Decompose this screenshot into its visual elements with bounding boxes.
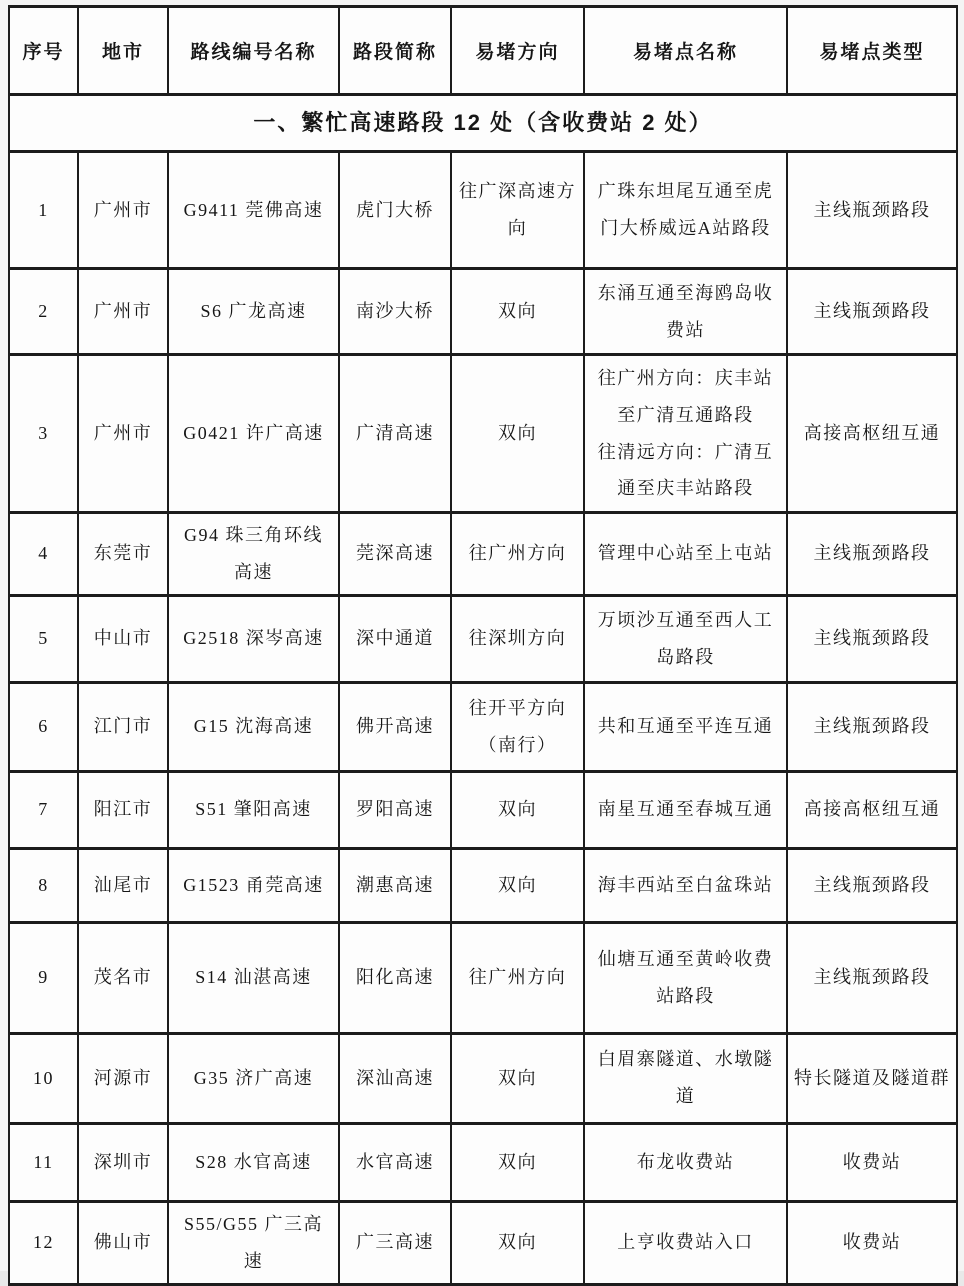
section-name-cell: 南沙大桥 <box>339 269 451 355</box>
direction-cell: 往广深高速方向 <box>451 152 584 269</box>
city-cell: 阳江市 <box>78 771 168 848</box>
table-row: 6 江门市 G15 沈海高速 佛开高速 往开平方向（南行） 共和互通至平连互通 … <box>9 682 957 771</box>
table-row: 2 广州市 S6 广龙高速 南沙大桥 双向 东涌互通至海鸥岛收费站 主线瓶颈路段 <box>9 269 957 355</box>
section-title: 一、繁忙高速路段 12 处（含收费站 2 处） <box>9 95 957 152</box>
direction-cell: 往广州方向 <box>451 922 584 1033</box>
section-name-cell: 广三高速 <box>339 1201 451 1284</box>
congestion-type-cell: 主线瓶颈路段 <box>787 848 957 922</box>
row-number-cell: 8 <box>9 848 78 922</box>
route-cell: G9411 莞佛高速 <box>168 152 339 269</box>
congestion-point-cell: 万顷沙互通至西人工岛路段 <box>584 595 787 682</box>
city-cell: 汕尾市 <box>78 848 168 922</box>
section-name-cell: 罗阳高速 <box>339 771 451 848</box>
col-header-section: 路段简称 <box>339 7 451 95</box>
col-header-point-name: 易堵点名称 <box>584 7 787 95</box>
direction-cell: 往深圳方向 <box>451 595 584 682</box>
city-cell: 佛山市 <box>78 1201 168 1284</box>
table-row: 9 茂名市 S14 汕湛高速 阳化高速 往广州方向 仙塘互通至黄岭收费站路段 主… <box>9 922 957 1033</box>
section-name-cell: 虎门大桥 <box>339 152 451 269</box>
row-number-cell: 9 <box>9 922 78 1033</box>
row-number-cell: 5 <box>9 595 78 682</box>
table-row: 1 广州市 G9411 莞佛高速 虎门大桥 往广深高速方向 广珠东坦尾互通至虎门… <box>9 152 957 269</box>
city-cell: 东莞市 <box>78 513 168 596</box>
document-page: 序号 地市 路线编号名称 路段简称 易堵方向 易堵点名称 易堵点类型 一、繁忙高… <box>0 0 964 1271</box>
congestion-point-cell: 仙塘互通至黄岭收费站路段 <box>584 922 787 1033</box>
section-name-cell: 潮惠高速 <box>339 848 451 922</box>
row-number-cell: 2 <box>9 269 78 355</box>
header-row: 序号 地市 路线编号名称 路段简称 易堵方向 易堵点名称 易堵点类型 <box>9 7 957 95</box>
col-header-number: 序号 <box>9 7 78 95</box>
direction-cell: 往开平方向（南行） <box>451 682 584 771</box>
direction-cell: 双向 <box>451 771 584 848</box>
direction-cell: 双向 <box>451 269 584 355</box>
route-cell: G2518 深岑高速 <box>168 595 339 682</box>
direction-cell: 双向 <box>451 1123 584 1201</box>
route-cell: S51 肇阳高速 <box>168 771 339 848</box>
congestion-point-cell: 共和互通至平连互通 <box>584 682 787 771</box>
direction-cell: 双向 <box>451 355 584 513</box>
direction-cell: 双向 <box>451 1033 584 1123</box>
congestion-point-cell: 南星互通至春城互通 <box>584 771 787 848</box>
route-cell: G1523 甬莞高速 <box>168 848 339 922</box>
row-number-cell: 6 <box>9 682 78 771</box>
col-header-direction: 易堵方向 <box>451 7 584 95</box>
congestion-type-cell: 主线瓶颈路段 <box>787 682 957 771</box>
congestion-point-cell: 往广州方向：庆丰站至广清互通路段 往清远方向：广清互通至庆丰站路段 <box>584 355 787 513</box>
congestion-type-cell: 收费站 <box>787 1123 957 1201</box>
route-cell: S14 汕湛高速 <box>168 922 339 1033</box>
city-cell: 广州市 <box>78 269 168 355</box>
congestion-type-cell: 收费站 <box>787 1201 957 1284</box>
section-name-cell: 广清高速 <box>339 355 451 513</box>
col-header-point-type: 易堵点类型 <box>787 7 957 95</box>
table-row: 5 中山市 G2518 深岑高速 深中通道 往深圳方向 万顷沙互通至西人工岛路段… <box>9 595 957 682</box>
row-number-cell: 11 <box>9 1123 78 1201</box>
col-header-route: 路线编号名称 <box>168 7 339 95</box>
congestion-type-cell: 主线瓶颈路段 <box>787 269 957 355</box>
congestion-type-cell: 特长隧道及隧道群 <box>787 1033 957 1123</box>
row-number-cell: 12 <box>9 1201 78 1284</box>
congestion-type-cell: 高接高枢纽互通 <box>787 355 957 513</box>
table-row: 7 阳江市 S51 肇阳高速 罗阳高速 双向 南星互通至春城互通 高接高枢纽互通 <box>9 771 957 848</box>
city-cell: 中山市 <box>78 595 168 682</box>
route-cell: S6 广龙高速 <box>168 269 339 355</box>
table-row: 12 佛山市 S55/G55 广三高速 广三高速 双向 上亨收费站入口 收费站 <box>9 1201 957 1284</box>
congestion-point-cell: 白眉寨隧道、水墩隧道 <box>584 1033 787 1123</box>
city-cell: 江门市 <box>78 682 168 771</box>
congestion-type-cell: 主线瓶颈路段 <box>787 513 957 596</box>
col-header-city: 地市 <box>78 7 168 95</box>
section-name-cell: 深汕高速 <box>339 1033 451 1123</box>
route-cell: G0421 许广高速 <box>168 355 339 513</box>
congestion-type-cell: 主线瓶颈路段 <box>787 595 957 682</box>
direction-cell: 往广州方向 <box>451 513 584 596</box>
congestion-table: 序号 地市 路线编号名称 路段简称 易堵方向 易堵点名称 易堵点类型 一、繁忙高… <box>8 5 958 1286</box>
row-number-cell: 1 <box>9 152 78 269</box>
row-number-cell: 7 <box>9 771 78 848</box>
row-number-cell: 4 <box>9 513 78 596</box>
section-name-cell: 佛开高速 <box>339 682 451 771</box>
city-cell: 广州市 <box>78 355 168 513</box>
city-cell: 广州市 <box>78 152 168 269</box>
congestion-point-cell: 海丰西站至白盆珠站 <box>584 848 787 922</box>
row-number-cell: 10 <box>9 1033 78 1123</box>
route-cell: S28 水官高速 <box>168 1123 339 1201</box>
table-row: 11 深圳市 S28 水官高速 水官高速 双向 布龙收费站 收费站 <box>9 1123 957 1201</box>
section-name-cell: 阳化高速 <box>339 922 451 1033</box>
city-cell: 河源市 <box>78 1033 168 1123</box>
section-name-cell: 莞深高速 <box>339 513 451 596</box>
direction-cell: 双向 <box>451 1201 584 1284</box>
table-row: 4 东莞市 G94 珠三角环线高速 莞深高速 往广州方向 管理中心站至上屯站 主… <box>9 513 957 596</box>
section-name-cell: 水官高速 <box>339 1123 451 1201</box>
table-row: 8 汕尾市 G1523 甬莞高速 潮惠高速 双向 海丰西站至白盆珠站 主线瓶颈路… <box>9 848 957 922</box>
congestion-type-cell: 高接高枢纽互通 <box>787 771 957 848</box>
congestion-point-cell: 广珠东坦尾互通至虎门大桥威远A站路段 <box>584 152 787 269</box>
city-cell: 深圳市 <box>78 1123 168 1201</box>
route-cell: G35 济广高速 <box>168 1033 339 1123</box>
congestion-point-cell: 上亨收费站入口 <box>584 1201 787 1284</box>
congestion-point-cell: 东涌互通至海鸥岛收费站 <box>584 269 787 355</box>
table-row: 3 广州市 G0421 许广高速 广清高速 双向 往广州方向：庆丰站至广清互通路… <box>9 355 957 513</box>
table-row: 10 河源市 G35 济广高速 深汕高速 双向 白眉寨隧道、水墩隧道 特长隧道及… <box>9 1033 957 1123</box>
congestion-point-cell: 管理中心站至上屯站 <box>584 513 787 596</box>
direction-cell: 双向 <box>451 848 584 922</box>
section-name-cell: 深中通道 <box>339 595 451 682</box>
congestion-type-cell: 主线瓶颈路段 <box>787 152 957 269</box>
route-cell: G15 沈海高速 <box>168 682 339 771</box>
congestion-point-cell: 布龙收费站 <box>584 1123 787 1201</box>
congestion-type-cell: 主线瓶颈路段 <box>787 922 957 1033</box>
row-number-cell: 3 <box>9 355 78 513</box>
table-body: 一、繁忙高速路段 12 处（含收费站 2 处） 1 广州市 G9411 莞佛高速… <box>9 95 957 1285</box>
route-cell: S55/G55 广三高速 <box>168 1201 339 1284</box>
city-cell: 茂名市 <box>78 922 168 1033</box>
route-cell: G94 珠三角环线高速 <box>168 513 339 596</box>
section-header-row: 一、繁忙高速路段 12 处（含收费站 2 处） <box>9 95 957 152</box>
